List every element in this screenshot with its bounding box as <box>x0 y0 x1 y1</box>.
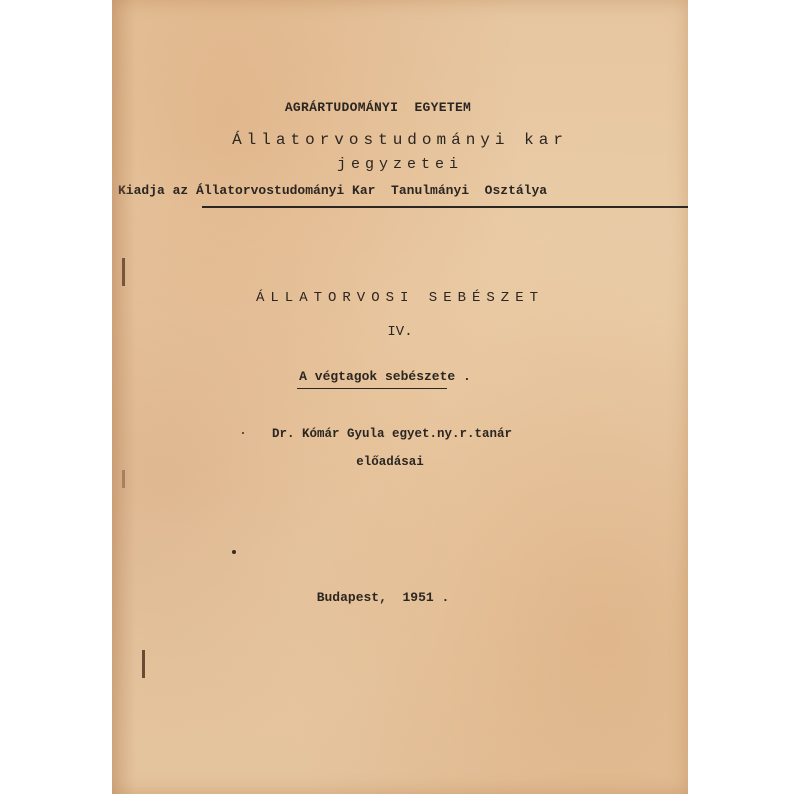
notes-heading: jegyzetei <box>112 156 688 173</box>
institution-heading: AGRÁRTUDOMÁNYI EGYETEM <box>90 100 666 115</box>
place-year: Budapest, 1951 . <box>95 590 671 605</box>
author-line: Dr. Kómár Gyula egyet.ny.r.tanár <box>104 427 680 441</box>
volume-number: IV. <box>112 324 688 340</box>
ink-spot <box>232 550 236 554</box>
document-subtitle: A végtagok sebészete . <box>97 369 673 384</box>
faculty-heading: Állatorvostudományi kar <box>112 131 688 149</box>
publisher-line: Kiadja az Állatorvostudományi Kar Tanulm… <box>118 183 547 198</box>
binding-tear <box>122 258 125 286</box>
document-page: AGRÁRTUDOMÁNYI EGYETEM Állatorvostudomán… <box>112 0 688 794</box>
lectures-line: előadásai <box>102 455 678 469</box>
publisher-rule <box>202 206 688 208</box>
document-title: ÁLLATORVOSI SEBÉSZET <box>112 290 688 306</box>
subtitle-underline <box>297 388 447 389</box>
binding-tear <box>122 470 125 488</box>
ink-spot <box>242 432 244 434</box>
binding-tear <box>142 650 145 678</box>
